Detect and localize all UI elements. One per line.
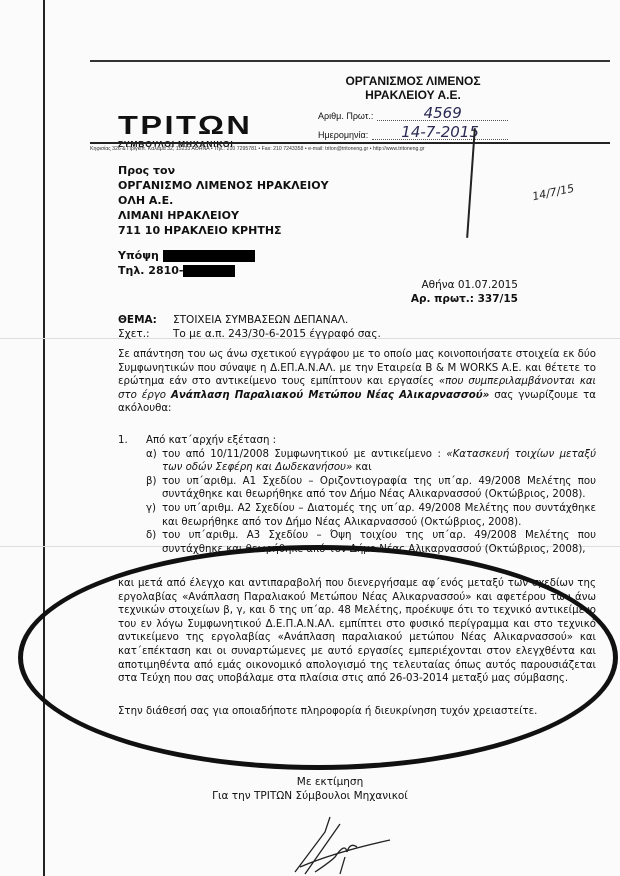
list-item: γ)του υπ΄αριθμ. Α2 Σχεδίου – Διατομές τη…: [146, 502, 596, 529]
recipient-line: ΟΛΗ Α.Ε.: [118, 193, 329, 208]
item-text: του υπ΄αριθμ. Α1 Σχεδίου – Οριζοντιογραφ…: [162, 475, 596, 502]
recipient-block: Προς τον ΟΡΓΑΝΙΣΜΟ ΛΙΜΕΝΟΣ ΗΡΑΚΛΕΙΟΥ ΟΛΗ…: [118, 163, 329, 238]
list-item: β)του υπ΄αριθμ. Α1 Σχεδίου – Οριζοντιογρ…: [146, 475, 596, 502]
signoff-greeting: Με εκτίμηση: [0, 775, 620, 789]
reference-label: Σχετ.:: [118, 327, 173, 341]
date-block: Αθήνα 01.07.2015 Αρ. πρωτ.: 337/15: [411, 278, 518, 306]
stamp-date-row: Ημερομηνία: 14-7-2015: [318, 125, 508, 140]
list-number: 1.: [118, 434, 146, 448]
attention-label: Υπόψη: [118, 249, 159, 262]
place-date: Αθήνα 01.07.2015: [411, 278, 518, 292]
project-title: Ανάπλαση Παραλιακού Μετώπου Νέας Αλικαρν…: [171, 390, 489, 401]
item-marker: δ): [146, 529, 162, 556]
protocol-number: Αρ. πρωτ.: 337/15: [411, 292, 518, 306]
list-heading: Από κατ΄αρχήν εξέταση :: [146, 434, 276, 448]
item-text: του υπ΄αριθμ. Α2 Σχεδίου – Διατομές της …: [162, 502, 596, 529]
contact-line: Κηφισίας 326 & Πριγκιπ. Καλαμά 32, 15233…: [90, 142, 610, 152]
stamp-protocol-value: 4569: [377, 106, 508, 121]
scan-edge-line: [43, 0, 45, 876]
item-marker: α): [146, 448, 162, 475]
signature: [285, 812, 395, 876]
stamp-date-value: 14-7-2015: [372, 125, 508, 140]
stamp-protocol-label: Αριθμ. Πρωτ.:: [318, 111, 373, 121]
attention-block: Υπόψη Τηλ. 2810-: [118, 248, 255, 278]
handwritten-note: 14/7/15: [531, 182, 575, 204]
stamp-date-label: Ημερομηνία:: [318, 130, 368, 140]
intro-paragraph: Σε απάντηση του ως άνω σχετικού εγγράφου…: [118, 348, 596, 416]
conclusion-paragraph: και μετά από έλεγχο και αντιπαραβολή που…: [118, 577, 596, 686]
item-marker: β): [146, 475, 162, 502]
redaction-box: [183, 265, 235, 277]
item-marker: γ): [146, 502, 162, 529]
recipient-line: ΛΙΜΑΝΙ ΗΡΑΚΛΕΙΟΥ: [118, 208, 329, 223]
stamp-title-1: ΟΡΓΑΝΙΣΜΟΣ ΛΙΜΕΝΟΣ: [318, 74, 508, 88]
subject-block: ΘΕΜΑ:ΣΤΟΙΧΕΙΑ ΣΥΜΒΑΣΕΩΝ ΔΕΠΑΝΑΛ. Σχετ.:Τ…: [118, 313, 381, 341]
findings-list: 1.Από κατ΄αρχήν εξέταση : α)του από 10/1…: [118, 434, 596, 556]
subject-label: ΘΕΜΑ:: [118, 313, 173, 327]
stamp-protocol-row: Αριθμ. Πρωτ.: 4569: [318, 106, 508, 121]
stamp-title-2: ΗΡΑΚΛΕΙΟΥ Α.Ε.: [318, 88, 508, 102]
header-rule: [90, 60, 610, 62]
subject-text: ΣΤΟΙΧΕΙΑ ΣΥΜΒΑΣΕΩΝ ΔΕΠΑΝΑΛ.: [173, 313, 348, 327]
item-text-end: και: [352, 462, 371, 473]
recipient-line: ΟΡΓΑΝΙΣΜΟ ΛΙΜΕΝΟΣ ΗΡΑΚΛΕΙΟΥ: [118, 178, 329, 193]
list-item: α)του από 10/11/2008 Συμφωνητικού με αντ…: [146, 448, 596, 475]
signoff-company: Για την ΤΡΙΤΩΝ Σύμβουλοι Μηχανικοί: [0, 789, 620, 803]
logo-name: ΤΡΙΤΩΝ: [118, 112, 262, 138]
reference-text: Το με α.π. 243/30-6-2015 έγγραφό σας.: [173, 327, 381, 341]
phone-label: Τηλ. 2810-: [118, 264, 183, 277]
signoff-block: Με εκτίμηση Για την ΤΡΙΤΩΝ Σύμβουλοι Μηχ…: [0, 775, 620, 803]
recipient-line: 711 10 ΗΡΑΚΛΕΙΟ ΚΡΗΤΗΣ: [118, 223, 329, 238]
received-stamp: ΟΡΓΑΝΙΣΜΟΣ ΛΙΜΕΝΟΣ ΗΡΑΚΛΕΙΟΥ Α.Ε. Αριθμ.…: [318, 74, 508, 140]
recipient-line: Προς τον: [118, 163, 329, 178]
closing-paragraph: Στην διάθεσή σας για οποιαδήποτε πληροφο…: [118, 705, 596, 719]
scanned-letter-page: ΤΡΙΤΩΝ ΣΥΜΒΟΥΛΟΙ ΜΗΧΑΝΙΚΟΙ ΟΡΓΑΝΙΣΜΟΣ ΛΙ…: [0, 0, 620, 876]
item-text: του από 10/11/2008 Συμφωνητικού με αντικ…: [162, 449, 446, 460]
redaction-box: [163, 250, 255, 262]
